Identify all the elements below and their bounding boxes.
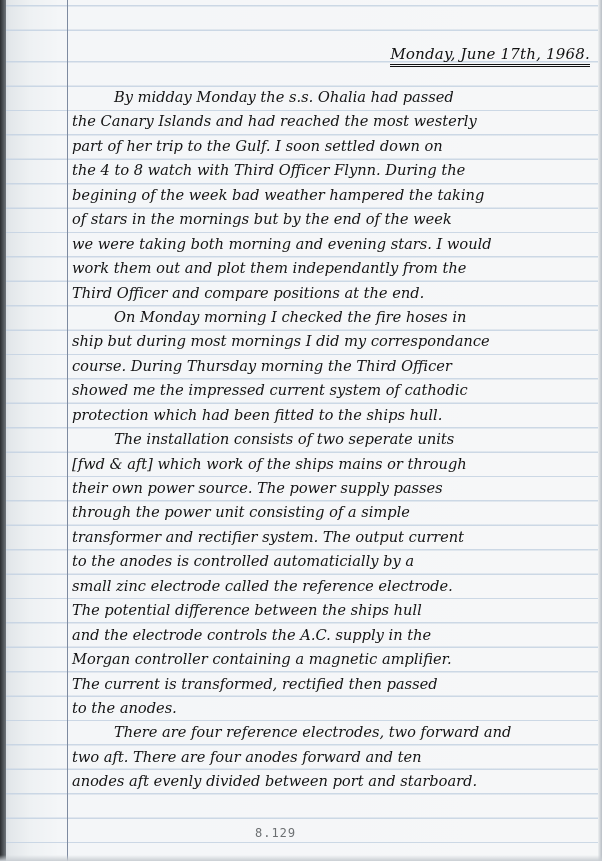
journal-line: ship but during most mornings I did my c… bbox=[72, 330, 598, 354]
journal-line: part of her trip to the Gulf. I soon set… bbox=[72, 135, 598, 159]
journal-line: to the anodes. bbox=[72, 697, 598, 721]
journal-line: two aft. There are four anodes forward a… bbox=[72, 746, 598, 770]
journal-line: By midday Monday the s.s. Ohalia had pas… bbox=[72, 86, 598, 110]
notebook-page: Monday, June 17th, 1968. By midday Monda… bbox=[0, 0, 602, 861]
journal-line: The potential difference between the shi… bbox=[72, 599, 598, 623]
journal-line: Third Officer and compare positions at t… bbox=[72, 282, 598, 306]
journal-line: through the power unit consisting of a s… bbox=[72, 501, 598, 525]
journal-line: work them out and plot them independantl… bbox=[72, 257, 598, 281]
journal-line: the Canary Islands and had reached the m… bbox=[72, 110, 598, 134]
journal-line: begining of the week bad weather hampere… bbox=[72, 184, 598, 208]
journal-line: The installation consists of two seperat… bbox=[72, 428, 598, 452]
journal-line: Morgan controller containing a magnetic … bbox=[72, 648, 598, 672]
journal-line: of stars in the mornings but by the end … bbox=[72, 208, 598, 232]
journal-line: There are four reference electrodes, two… bbox=[72, 721, 598, 745]
journal-line: course. During Thursday morning the Thir… bbox=[72, 355, 598, 379]
journal-line: protection which had been fitted to the … bbox=[72, 404, 598, 428]
journal-line: their own power source. The power supply… bbox=[72, 477, 598, 501]
journal-line: and the electrode controls the A.C. supp… bbox=[72, 624, 598, 648]
journal-entry: By midday Monday the s.s. Ohalia had pas… bbox=[72, 86, 598, 795]
margin-line bbox=[67, 0, 68, 861]
journal-line: the 4 to 8 watch with Third Officer Flyn… bbox=[72, 159, 598, 183]
page-number: 8.129 bbox=[255, 826, 296, 840]
page-edge bbox=[598, 0, 602, 861]
journal-line: to the anodes is controlled automaticial… bbox=[72, 550, 598, 574]
journal-line: we were taking both morning and evening … bbox=[72, 233, 598, 257]
journal-line: The current is transformed, rectified th… bbox=[72, 673, 598, 697]
journal-line: small zinc electrode called the referenc… bbox=[72, 575, 598, 599]
journal-line: anodes aft evenly divided between port a… bbox=[72, 770, 598, 794]
journal-line: showed me the impressed current system o… bbox=[72, 379, 598, 403]
page-bottom-edge bbox=[0, 855, 602, 861]
journal-line: On Monday morning I checked the fire hos… bbox=[72, 306, 598, 330]
date-heading: Monday, June 17th, 1968. bbox=[390, 45, 590, 67]
journal-line: transformer and rectifier system. The ou… bbox=[72, 526, 598, 550]
journal-line: [fwd & aft] which work of the ships main… bbox=[72, 453, 598, 477]
